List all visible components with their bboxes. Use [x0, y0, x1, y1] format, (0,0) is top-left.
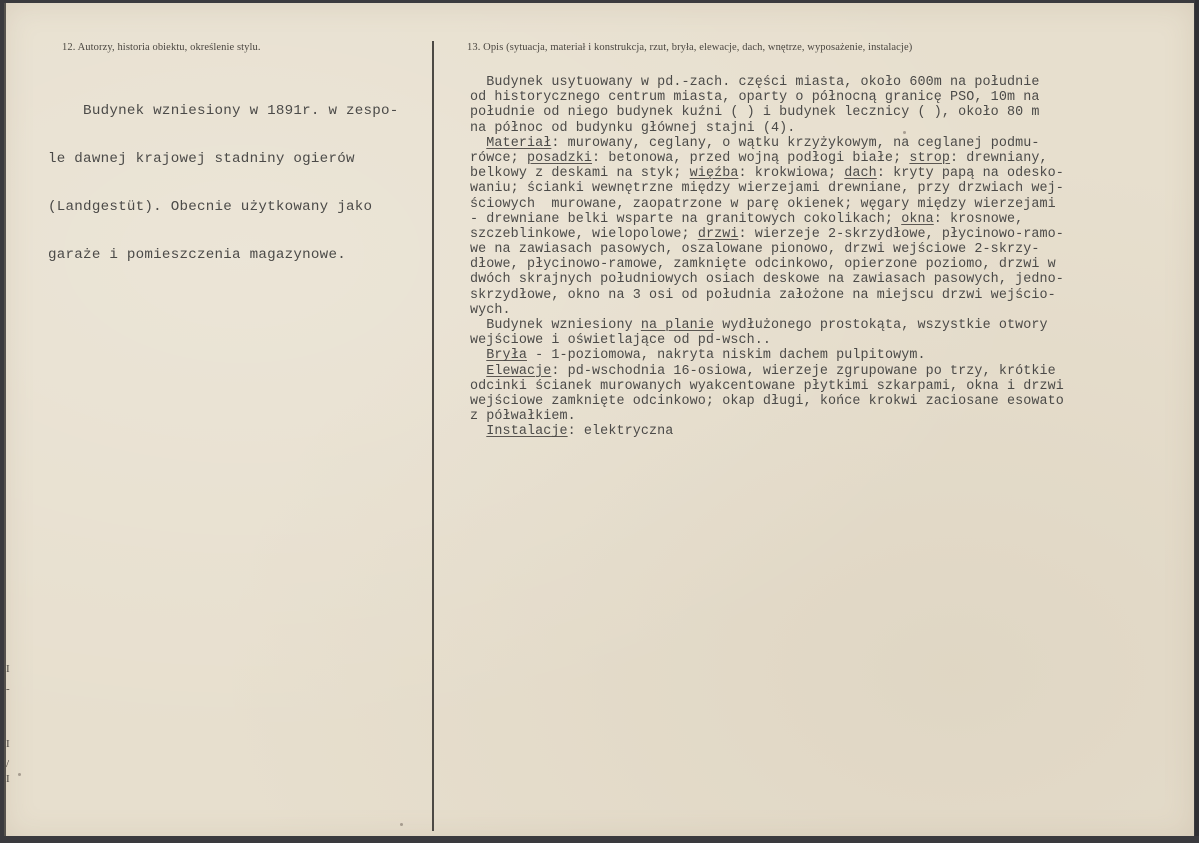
text-segment: belkowy z deskami na styk;	[470, 166, 690, 181]
margin-mark: I	[6, 663, 10, 675]
text-segment: rówce;	[470, 151, 527, 166]
section-13-line: waniu; ścianki wewnętrzne między wierzej…	[470, 181, 1064, 196]
text-segment: we na zawiasach pasowych, oszalowane pio…	[470, 242, 1040, 257]
text-segment: : elektryczna	[568, 424, 674, 439]
text-segment: skrzydłowe, okno na 3 osi od południa za…	[470, 288, 1056, 303]
section-13-line: we na zawiasach pasowych, oszalowane pio…	[470, 242, 1064, 257]
text-segment: : drewniany,	[950, 151, 1048, 166]
paper-speck	[18, 773, 21, 776]
text-segment: dwóch skrajnych południowych osiach desk…	[470, 272, 1064, 287]
underlined-keyword: na planie	[641, 318, 714, 333]
underlined-keyword: więźba	[690, 166, 739, 181]
text-segment	[470, 424, 486, 439]
section-13-line: z półwałkiem.	[470, 409, 1064, 424]
section-12-line: (Landgestüt). Obecnie użytkowany jako	[48, 199, 399, 215]
section-12-body: Budynek wzniesiony w 1891r. w zespo- le …	[48, 71, 399, 295]
section-13-line: odcinki ścianek murowanych wyakcentowane…	[470, 379, 1064, 394]
text-segment: wejściowe zamknięte odcinkowo; okap dług…	[470, 394, 1064, 409]
text-segment	[470, 136, 486, 151]
text-segment: ściowych murowane, zaopatrzone w parę ok…	[470, 197, 1056, 212]
text-segment: waniu; ścianki wewnętrzne między wierzej…	[470, 181, 1064, 196]
text-segment: - drewniane belki wsparte na granitowych…	[470, 212, 901, 227]
text-segment: Budynek wzniesiony	[470, 318, 641, 333]
section-13-line: na północ od budynku głównej stajni (4).	[470, 121, 1064, 136]
text-segment: : kryty papą na odesko-	[877, 166, 1064, 181]
paper-speck	[400, 823, 403, 826]
text-segment: na północ od budynku głównej stajni (4).	[470, 121, 795, 136]
column-divider	[432, 41, 434, 831]
section-13-body: Budynek usytuowany w pd.-zach. części mi…	[470, 75, 1064, 440]
section-13-line: Bryła - 1-poziomowa, nakryta niskim dach…	[470, 348, 1064, 363]
section-13-line: skrzydłowe, okno na 3 osi od południa za…	[470, 288, 1064, 303]
text-segment: Budynek usytuowany w pd.-zach. części mi…	[470, 75, 1040, 90]
section-13-line: Budynek usytuowany w pd.-zach. części mi…	[470, 75, 1064, 90]
section-13-line: południe od niego budynek kuźni ( ) i bu…	[470, 105, 1064, 120]
text-segment: : betonowa, przed wojną podłogi białe;	[592, 151, 909, 166]
text-segment: szczeblinkowe, wielopolowe;	[470, 227, 698, 242]
margin-mark: /	[6, 758, 9, 770]
section-13-line: wejściowe zamknięte odcinkowo; okap dług…	[470, 394, 1064, 409]
text-segment: : krokwiowa;	[739, 166, 845, 181]
section-13-line: belkowy z deskami na styk; więźba: krokw…	[470, 166, 1064, 181]
section-13-line: dłowe, płycinowo-ramowe, zamknięte odcin…	[470, 257, 1064, 272]
underlined-keyword: drzwi	[698, 227, 739, 242]
document-page: 12. Autorzy, historia obiektu, określeni…	[4, 3, 1194, 839]
text-segment: południe od niego budynek kuźni ( ) i bu…	[470, 105, 1040, 120]
section-12-line: Budynek wzniesiony w 1891r. w zespo-	[48, 103, 399, 119]
underlined-keyword: posadzki	[527, 151, 592, 166]
underlined-keyword: dach	[844, 166, 877, 181]
section-13-line: wejściowe i oświetlające od pd-wsch..	[470, 333, 1064, 348]
section-13-line: rówce; posadzki: betonowa, przed wojną p…	[470, 151, 1064, 166]
section-12-label: 12. Autorzy, historia obiektu, określeni…	[62, 42, 261, 53]
page-bottom-edge	[4, 836, 1194, 839]
paper-speck	[903, 131, 906, 134]
section-13-line: wych.	[470, 303, 1064, 318]
section-13-line: ściowych murowane, zaopatrzone w parę ok…	[470, 197, 1064, 212]
text-segment: wejściowe i oświetlające od pd-wsch..	[470, 333, 771, 348]
text-segment: : pd-wschodnia 16-osiowa, wierzeje zgrup…	[551, 364, 1055, 379]
section-13-line: Elewacje: pd-wschodnia 16-osiowa, wierze…	[470, 364, 1064, 379]
section-13-line: dwóch skrajnych południowych osiach desk…	[470, 272, 1064, 287]
text-segment: wydłużonego prostokąta, wszystkie otwory	[714, 318, 1048, 333]
section-12-line: garaże i pomieszczenia magazynowe.	[48, 247, 399, 263]
text-segment: odcinki ścianek murowanych wyakcentowane…	[470, 379, 1064, 394]
text-segment: z półwałkiem.	[470, 409, 576, 424]
section-13-label: 13. Opis (sytuacja, materiał i konstrukc…	[467, 42, 912, 53]
text-segment	[470, 348, 486, 363]
margin-mark: I	[6, 738, 10, 750]
section-13-line: szczeblinkowe, wielopolowe; drzwi: wierz…	[470, 227, 1064, 242]
underlined-keyword: Instalacje	[486, 424, 567, 439]
section-13-line: - drewniane belki wsparte na granitowych…	[470, 212, 1064, 227]
margin-mark: I	[6, 773, 10, 785]
page-left-edge	[4, 3, 6, 839]
section-12-line: le dawnej krajowej stadniny ogierów	[48, 151, 399, 167]
text-segment: : krosnowe,	[934, 212, 1024, 227]
scan-right-edge	[1195, 0, 1199, 836]
text-segment: wych.	[470, 303, 511, 318]
section-13-line: Budynek wzniesiony na planie wydłużonego…	[470, 318, 1064, 333]
text-segment: - 1-poziomowa, nakryta niskim dachem pul…	[527, 348, 926, 363]
underlined-keyword: okna	[901, 212, 934, 227]
margin-mark: -	[6, 683, 10, 695]
underlined-keyword: Materiał	[486, 136, 551, 151]
section-13-line: Instalacje: elektryczna	[470, 424, 1064, 439]
text-segment	[470, 364, 486, 379]
underlined-keyword: Bryła	[486, 348, 527, 363]
section-13-line: Materiał: murowany, ceglany, o wątku krz…	[470, 136, 1064, 151]
text-segment: : murowany, ceglany, o wątku krzyżykowym…	[551, 136, 1039, 151]
text-segment: dłowe, płycinowo-ramowe, zamknięte odcin…	[470, 257, 1056, 272]
underlined-keyword: strop	[909, 151, 950, 166]
text-segment: : wierzeje 2-skrzydłowe, płycinowo-ramo-	[739, 227, 1064, 242]
section-13-line: od historycznego centrum miasta, oparty …	[470, 90, 1064, 105]
underlined-keyword: Elewacje	[486, 364, 551, 379]
text-segment: od historycznego centrum miasta, oparty …	[470, 90, 1040, 105]
